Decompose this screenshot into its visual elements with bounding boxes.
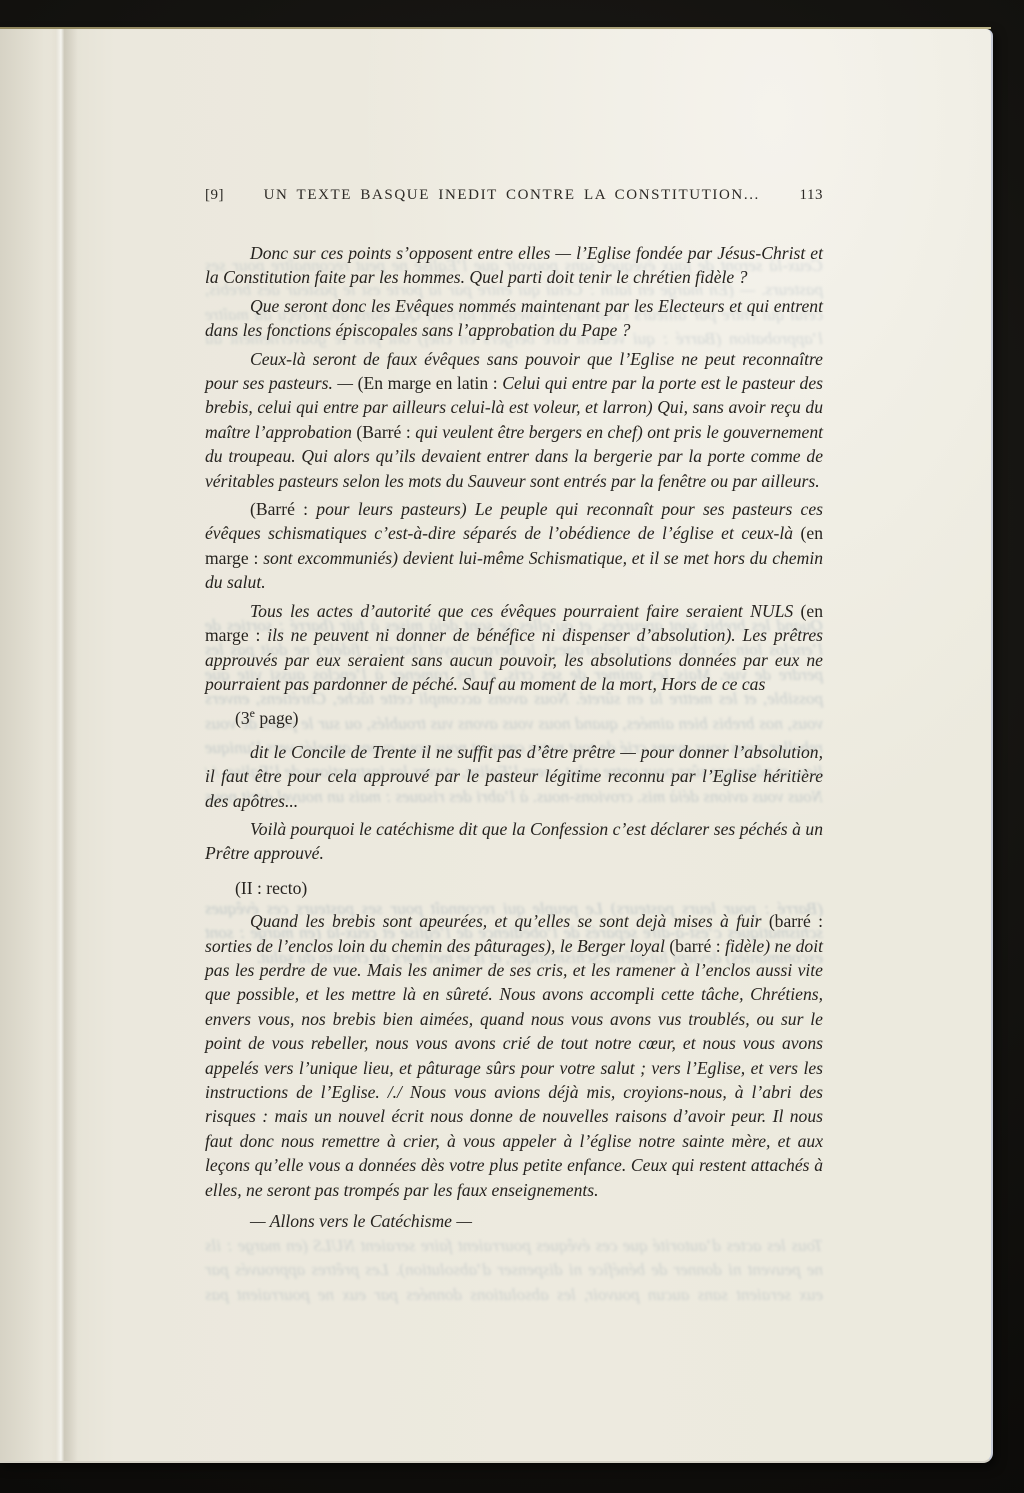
- bleedthrough-ghost-text: Tous les actes d’autorité que ces évêque…: [205, 1234, 823, 1312]
- photo-background: { "colors": { "backdrop": "#141310", "pa…: [0, 0, 1024, 1493]
- paragraph: (Barré : pour leurs pasteurs) Le peuple …: [205, 497, 823, 595]
- body-text: Donc sur ces points s’opposent entre ell…: [205, 241, 823, 1233]
- paragraph: dit le Concile de Trente il ne suffit pa…: [205, 740, 823, 813]
- paragraph: — Allons vers le Catéchisme —: [205, 1209, 823, 1233]
- paragraph: Que seront donc les Evêques nommés maint…: [205, 294, 823, 343]
- page-gutter-shadow: [0, 29, 50, 1461]
- page-gutter-crease: [44, 29, 78, 1461]
- section-label: (3e page): [205, 706, 823, 730]
- book-page: Ceux-là seront de faux évêques sans pouv…: [0, 29, 993, 1463]
- paragraph: Ceux-là seront de faux évêques sans pouv…: [205, 347, 823, 493]
- paragraph: Quand les brebis sont apeurées, et qu’el…: [205, 909, 823, 1202]
- paragraph: Donc sur ces points s’opposent entre ell…: [205, 241, 823, 290]
- running-header: [9] UN TEXTE BASQUE INEDIT CONTRE LA CON…: [205, 187, 823, 204]
- running-title: UN TEXTE BASQUE INEDIT CONTRE LA CONSTIT…: [264, 187, 760, 204]
- paragraph: Tous les actes d’autorité que ces évêque…: [205, 599, 823, 697]
- page-number: 113: [800, 187, 823, 204]
- article-bracket-number: [9]: [205, 187, 224, 204]
- page-content: [9] UN TEXTE BASQUE INEDIT CONTRE LA CON…: [205, 29, 823, 1237]
- section-label: (II : recto): [205, 876, 823, 900]
- paragraph: Voilà pourquoi le catéchisme dit que la …: [205, 817, 823, 866]
